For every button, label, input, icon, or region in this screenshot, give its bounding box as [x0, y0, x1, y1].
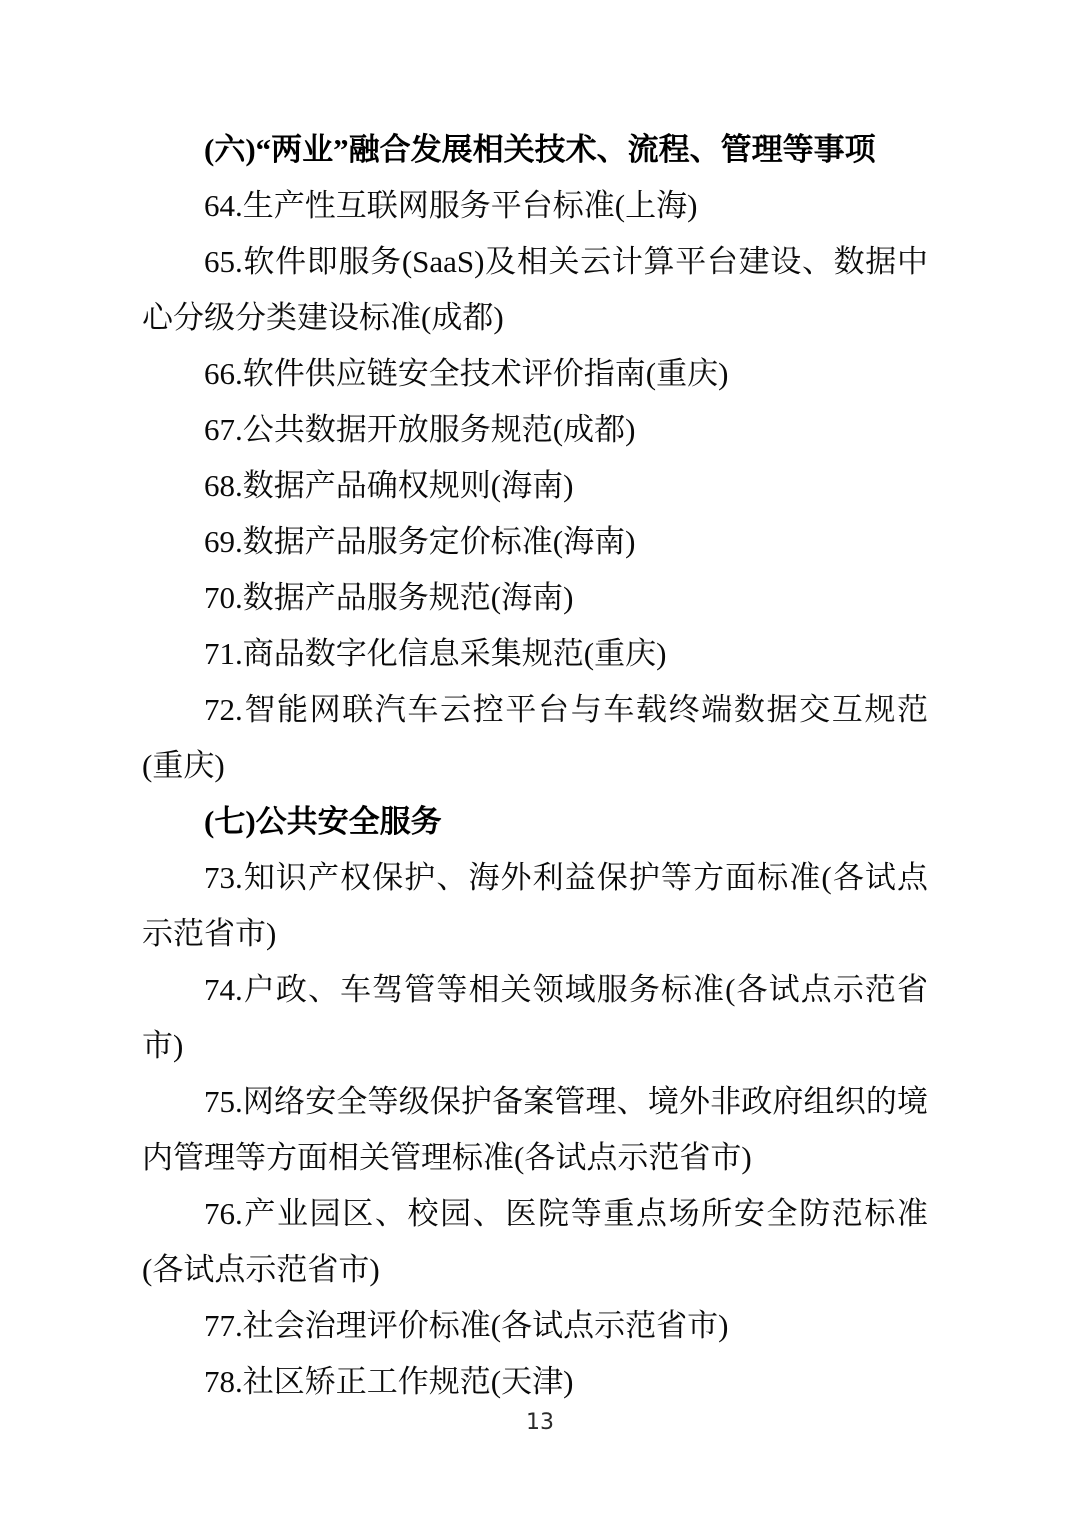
page-number: 13 — [0, 1408, 1080, 1438]
list-item-73: 73.知识产权保护、海外利益保护等方面标准(各试点示范省市) — [142, 850, 928, 962]
section-7-heading: (七)公共安全服务 — [142, 794, 928, 850]
list-item-69: 69.数据产品服务定价标准(海南) — [142, 514, 928, 570]
list-item-65: 65.软件即服务(SaaS)及相关云计算平台建设、数据中心分级分类建设标准(成都… — [142, 234, 928, 346]
list-item-71: 71.商品数字化信息采集规范(重庆) — [142, 626, 928, 682]
list-item-64: 64.生产性互联网服务平台标准(上海) — [142, 178, 928, 234]
list-item-77: 77.社会治理评价标准(各试点示范省市) — [142, 1298, 928, 1354]
section-6-heading: (六)“两业”融合发展相关技术、流程、管理等事项 — [142, 122, 928, 178]
list-item-66: 66.软件供应链安全技术评价指南(重庆) — [142, 346, 928, 402]
list-item-78: 78.社区矫正工作规范(天津) — [142, 1354, 928, 1410]
list-item-75: 75.网络安全等级保护备案管理、境外非政府组织的境内管理等方面相关管理标准(各试… — [142, 1074, 928, 1186]
list-item-72: 72.智能网联汽车云控平台与车载终端数据交互规范(重庆) — [142, 682, 928, 794]
list-item-70: 70.数据产品服务规范(海南) — [142, 570, 928, 626]
standards-list: (六)“两业”融合发展相关技术、流程、管理等事项 64.生产性互联网服务平台标准… — [142, 122, 928, 1410]
list-item-76: 76.产业园区、校园、医院等重点场所安全防范标准(各试点示范省市) — [142, 1186, 928, 1298]
list-item-67: 67.公共数据开放服务规范(成都) — [142, 402, 928, 458]
list-item-68: 68.数据产品确权规则(海南) — [142, 458, 928, 514]
list-item-74: 74.户政、车驾管等相关领域服务标准(各试点示范省市) — [142, 962, 928, 1074]
